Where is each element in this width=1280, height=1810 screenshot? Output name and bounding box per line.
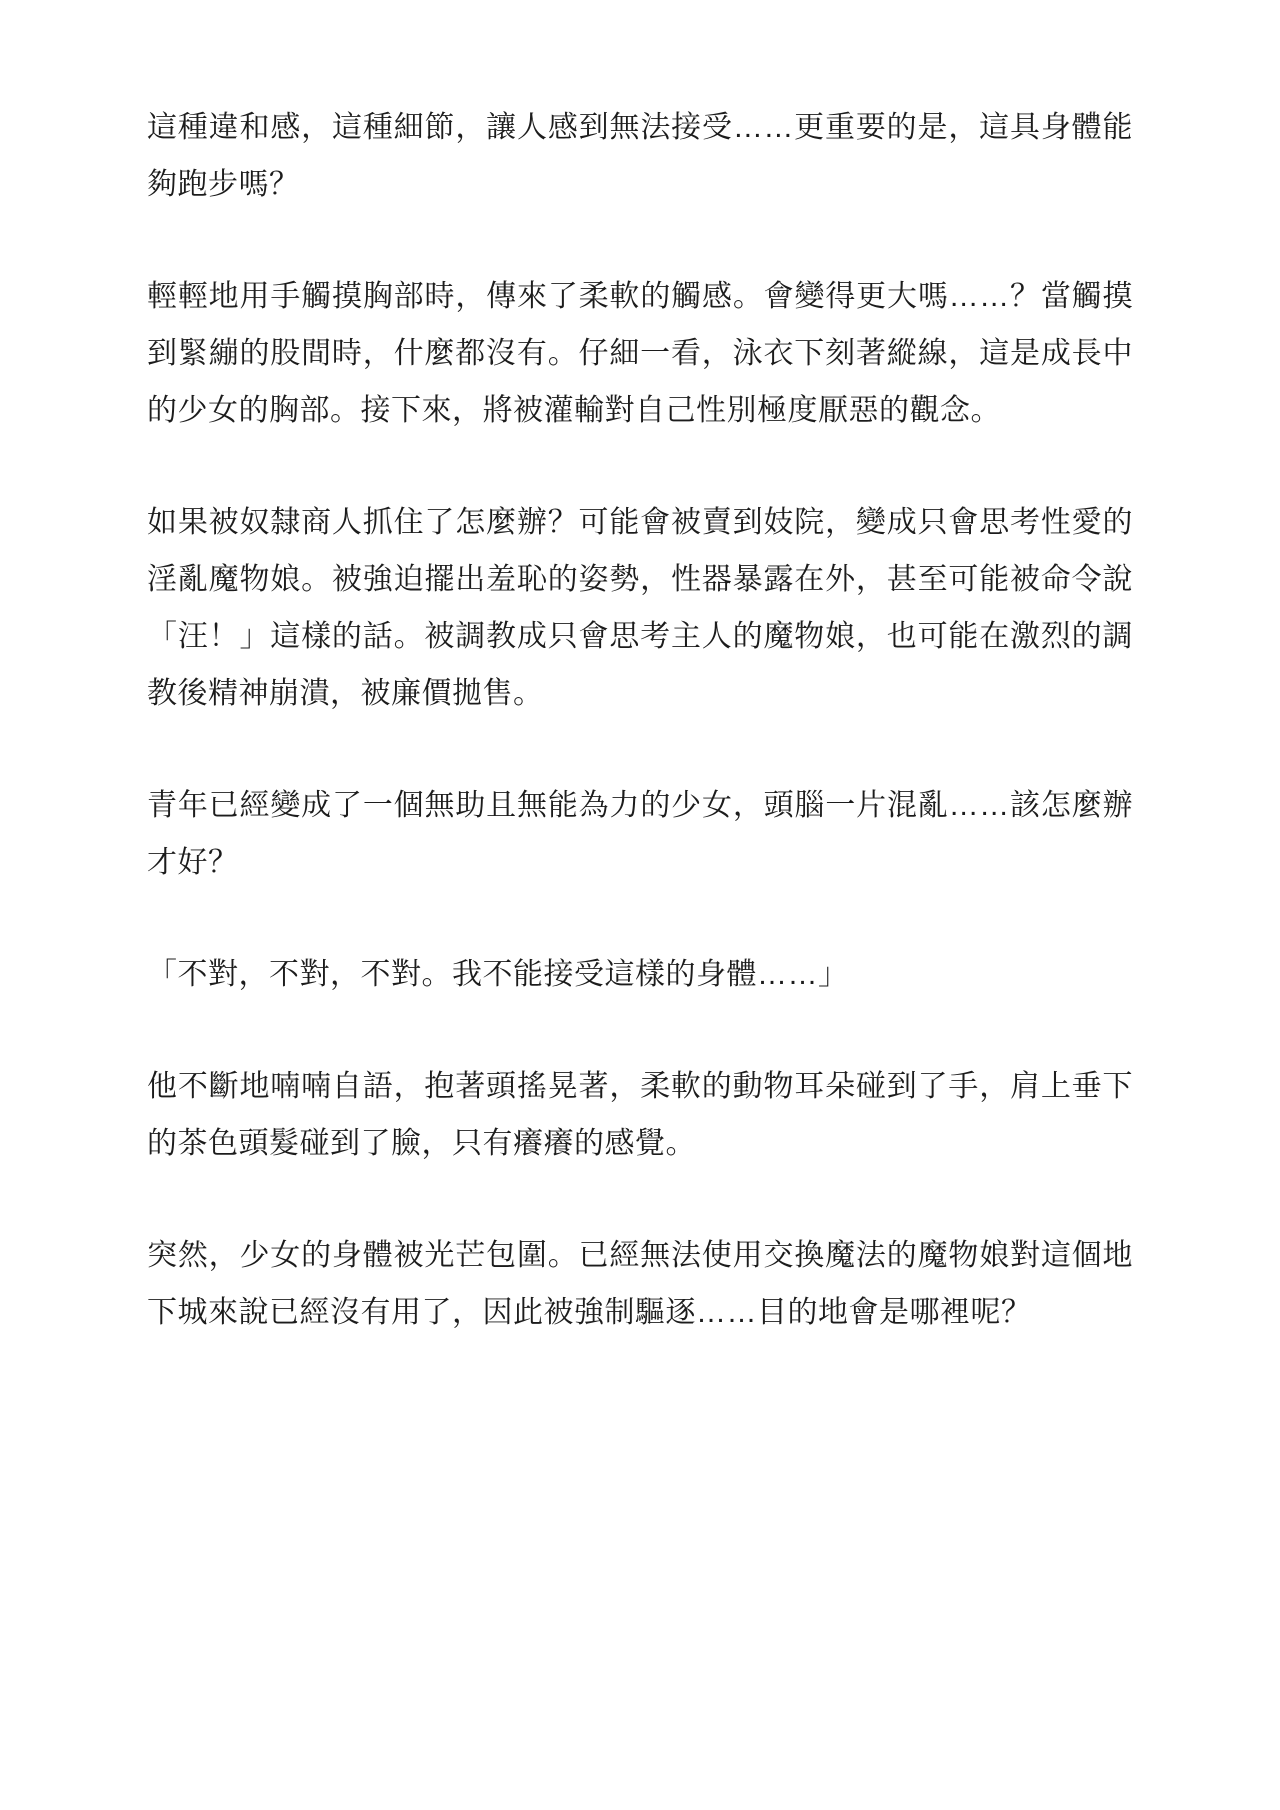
paragraph: 他不斷地喃喃自語，抱著頭搖晃著，柔軟的動物耳朵碰到了手，肩上垂下的茶色頭髮碰到了… bbox=[147, 1058, 1133, 1172]
document-body-text: 這種違和感，這種細節，讓人感到無法接受……更重要的是，這具身體能夠跑步嗎？ 輕輕… bbox=[147, 99, 1133, 1341]
paragraph: 輕輕地用手觸摸胸部時，傳來了柔軟的觸感。會變得更大嗎……？當觸摸到緊繃的股間時，… bbox=[147, 268, 1133, 439]
paragraph: 這種違和感，這種細節，讓人感到無法接受……更重要的是，這具身體能夠跑步嗎？ bbox=[147, 99, 1133, 213]
paragraph: 如果被奴隸商人抓住了怎麼辦？可能會被賣到妓院，變成只會思考性愛的淫亂魔物娘。被強… bbox=[147, 494, 1133, 722]
paragraph: 青年已經變成了一個無助且無能為力的少女，頭腦一片混亂……該怎麼辦才好？ bbox=[147, 777, 1133, 891]
paragraph: 「不對，不對，不對。我不能接受這樣的身體……」 bbox=[147, 946, 1133, 1003]
paragraph: 突然，少女的身體被光芒包圍。已經無法使用交換魔法的魔物娘對這個地下城來說已經沒有… bbox=[147, 1227, 1133, 1341]
document-page: 這種違和感，這種細節，讓人感到無法接受……更重要的是，這具身體能夠跑步嗎？ 輕輕… bbox=[0, 0, 1280, 1810]
